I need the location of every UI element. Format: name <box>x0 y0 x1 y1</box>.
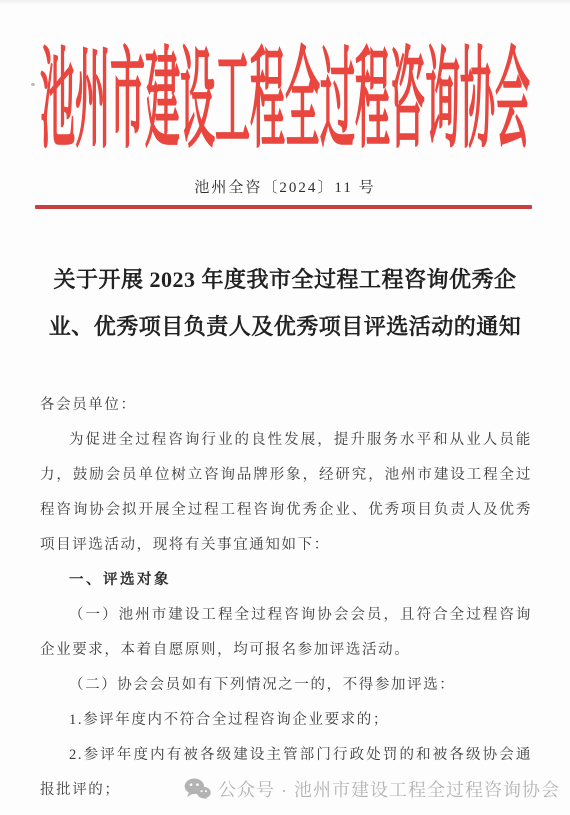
doc-number: 池州全咨〔2024〕11 号 <box>0 176 570 197</box>
list-item: （二）协会会员如有下列情况之一的，不得参加评选： <box>40 668 532 703</box>
letterhead-title: 池州市建设工程全过程咨询协会 <box>40 46 530 156</box>
letterhead: 池州市建设工程全过程咨询协会 <box>0 46 570 164</box>
list-item: （一）池州市建设工程全过程咨询协会会员，且符合全过程咨询企业要求，本着自愿原则，… <box>40 598 532 668</box>
salutation: 各会员单位： <box>40 388 532 423</box>
list-item: 1.参评年度内不符合全过程咨询企业要求的； <box>40 703 532 738</box>
red-divider-rule <box>35 205 532 209</box>
section-heading: 一、评选对象 <box>40 563 532 598</box>
notice-title: 关于开展 2023 年度我市全过程工程咨询优秀企业、优秀项目负责人及优秀项目评选… <box>33 256 537 350</box>
scan-speck <box>31 83 35 86</box>
notice-body: 各会员单位： 为促进全过程咨询行业的良性发展，提升服务水平和从业人员能力，鼓励会… <box>40 388 532 808</box>
wechat-icon <box>184 778 211 800</box>
watermark-text: 公众号 · 池州市建设工程全过程咨询协会 <box>218 776 560 802</box>
scanned-notice-page: 池州市建设工程全过程咨询协会 池州全咨〔2024〕11 号 关于开展 2023 … <box>0 0 570 815</box>
intro-paragraph: 为促进全过程咨询行业的良性发展，提升服务水平和从业人员能力，鼓励会员单位树立咨询… <box>40 423 532 563</box>
wechat-watermark: 公众号 · 池州市建设工程全过程咨询协会 <box>184 776 560 802</box>
